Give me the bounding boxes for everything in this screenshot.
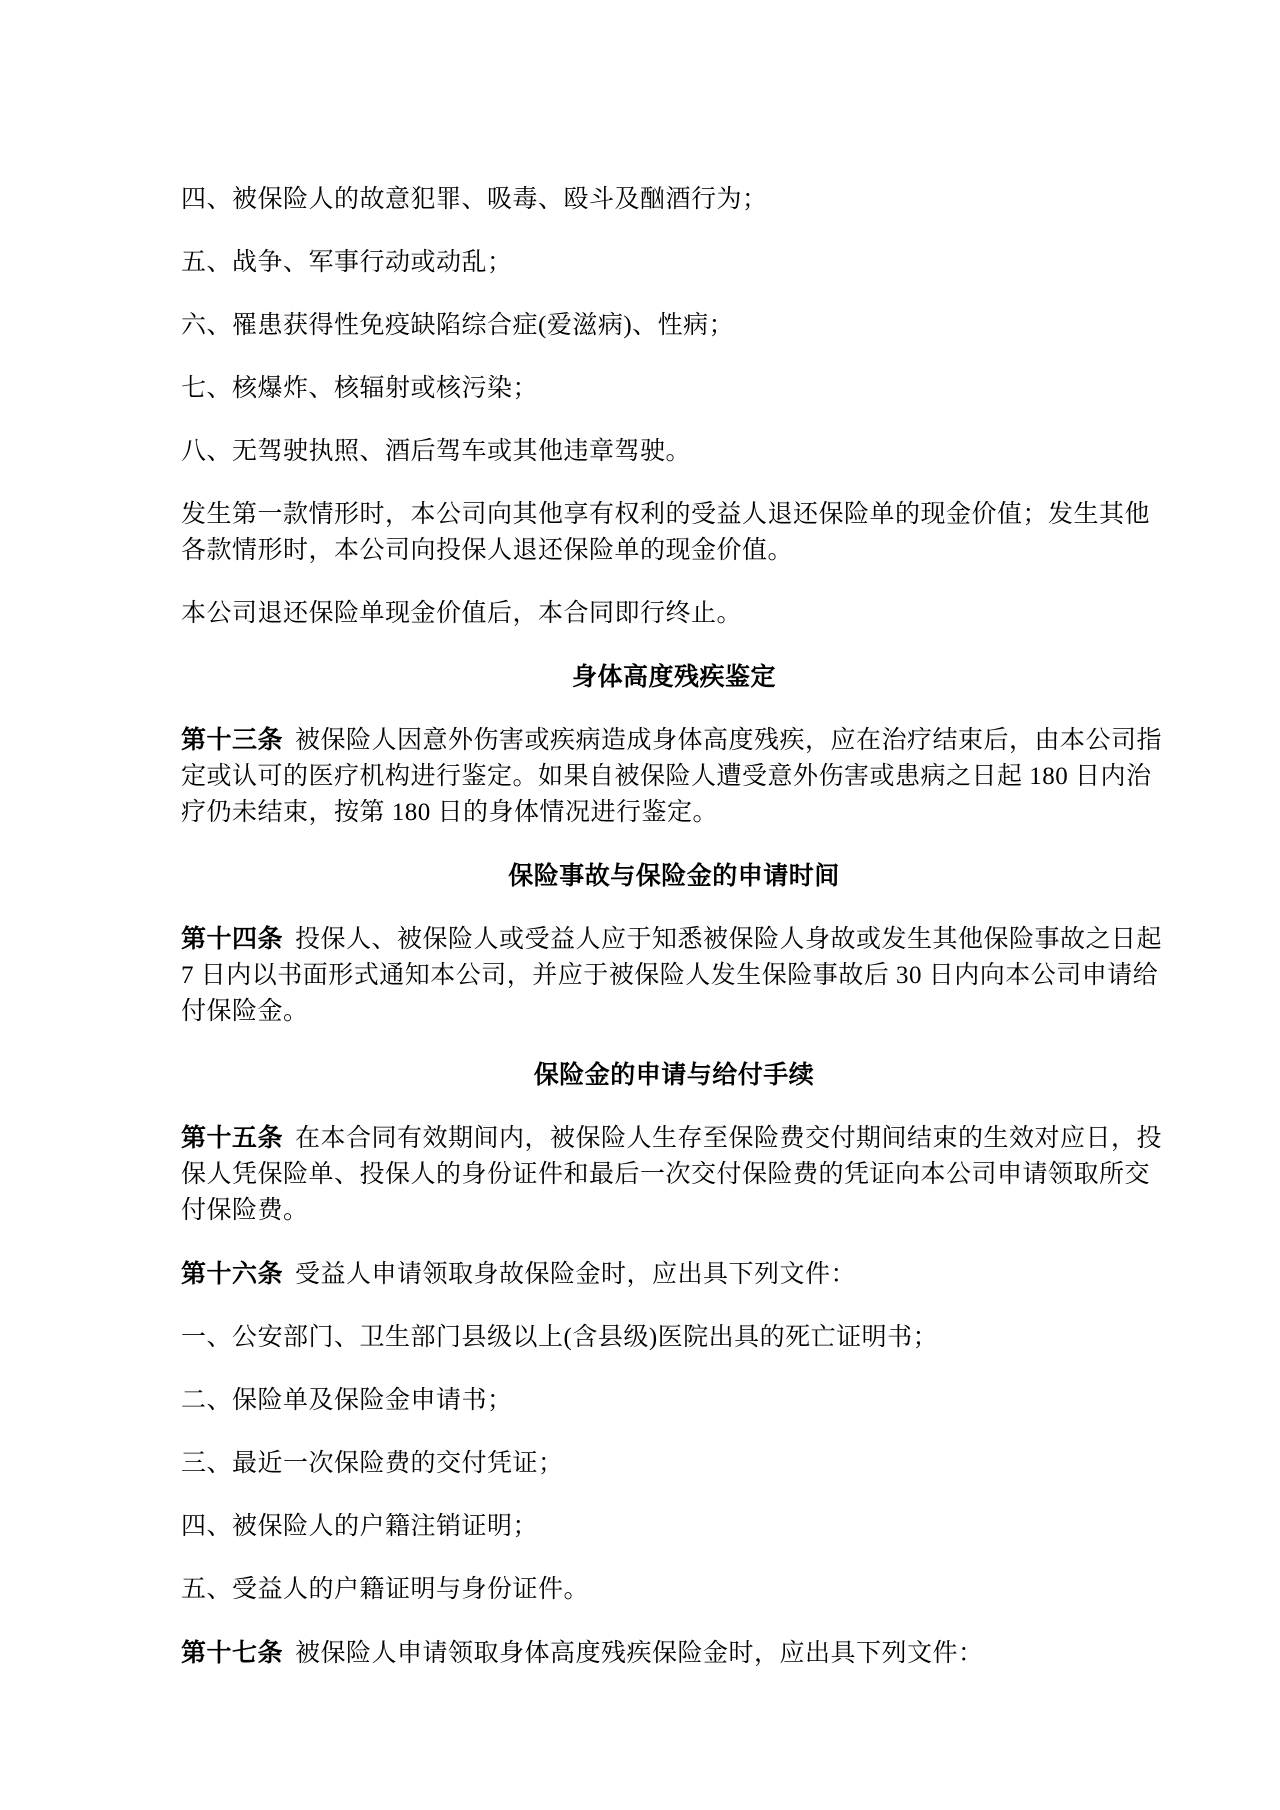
article-text: 被保险人申请领取身体高度残疾保险金时，应出具下列文件： bbox=[295, 1640, 984, 1667]
document-body: 四、被保险人的故意犯罪、吸毒、殴斗及酗酒行为；五、战争、军事行动或动乱；六、罹患… bbox=[181, 182, 1167, 1699]
article-paragraph: 第十五条在本合同有效期间内，被保险人生存至保险费交付期间结束的生效对应日，投保人… bbox=[181, 1120, 1167, 1229]
article-text: 受益人申请领取身故保险金时，应出具下列文件： bbox=[295, 1261, 856, 1288]
list-item: 四、被保险人的故意犯罪、吸毒、殴斗及酗酒行为； bbox=[181, 182, 1167, 218]
list-item: 六、罹患获得性免疫缺陷综合症(爱滋病)、性病； bbox=[181, 308, 1167, 344]
section-heading: 保险金的申请与给付手续 bbox=[181, 1057, 1167, 1093]
list-item: 二、保险单及保险金申请书； bbox=[181, 1383, 1167, 1419]
article-paragraph: 第十七条被保险人申请领取身体高度残疾保险金时，应出具下列文件： bbox=[181, 1635, 1167, 1672]
article-number: 第十六条 bbox=[181, 1260, 283, 1288]
section-heading: 保险事故与保险金的申请时间 bbox=[181, 858, 1167, 894]
article-paragraph: 第十三条被保险人因意外伤害或疾病造成身体高度残疾，应在治疗结束后，由本公司指定或… bbox=[181, 722, 1167, 831]
list-item: 一、公安部门、卫生部门县级以上(含县级)医院出具的死亡证明书； bbox=[181, 1320, 1167, 1356]
article-paragraph: 第十六条受益人申请领取身故保险金时，应出具下列文件： bbox=[181, 1256, 1167, 1293]
list-item: 四、被保险人的户籍注销证明； bbox=[181, 1509, 1167, 1545]
paragraph: 发生第一款情形时，本公司向其他享有权利的受益人退还保险单的现金价值；发生其他各款… bbox=[181, 497, 1167, 569]
article-paragraph: 第十四条投保人、被保险人或受益人应于知悉被保险人身故或发生其他保险事故之日起 7… bbox=[181, 921, 1167, 1030]
article-text: 在本合同有效期间内，被保险人生存至保险费交付期间结束的生效对应日，投保人凭保险单… bbox=[181, 1125, 1162, 1224]
list-item: 三、最近一次保险费的交付凭证； bbox=[181, 1446, 1167, 1482]
article-number: 第十五条 bbox=[181, 1124, 283, 1152]
list-item: 五、战争、军事行动或动乱； bbox=[181, 245, 1167, 281]
document-page: { "page": { "background_color": "#ffffff… bbox=[0, 0, 1280, 1810]
article-number: 第十三条 bbox=[181, 726, 283, 754]
list-item: 七、核爆炸、核辐射或核污染； bbox=[181, 371, 1167, 407]
article-number: 第十七条 bbox=[181, 1639, 283, 1667]
article-number: 第十四条 bbox=[181, 925, 283, 953]
paragraph: 本公司退还保险单现金价值后，本合同即行终止。 bbox=[181, 596, 1167, 632]
section-heading: 身体高度残疾鉴定 bbox=[181, 659, 1167, 695]
article-text: 被保险人因意外伤害或疾病造成身体高度残疾，应在治疗结束后，由本公司指定或认可的医… bbox=[181, 727, 1162, 826]
list-item: 五、受益人的户籍证明与身份证件。 bbox=[181, 1572, 1167, 1608]
list-item: 八、无驾驶执照、酒后驾车或其他违章驾驶。 bbox=[181, 434, 1167, 470]
article-text: 投保人、被保险人或受益人应于知悉被保险人身故或发生其他保险事故之日起 7 日内以… bbox=[181, 926, 1162, 1025]
